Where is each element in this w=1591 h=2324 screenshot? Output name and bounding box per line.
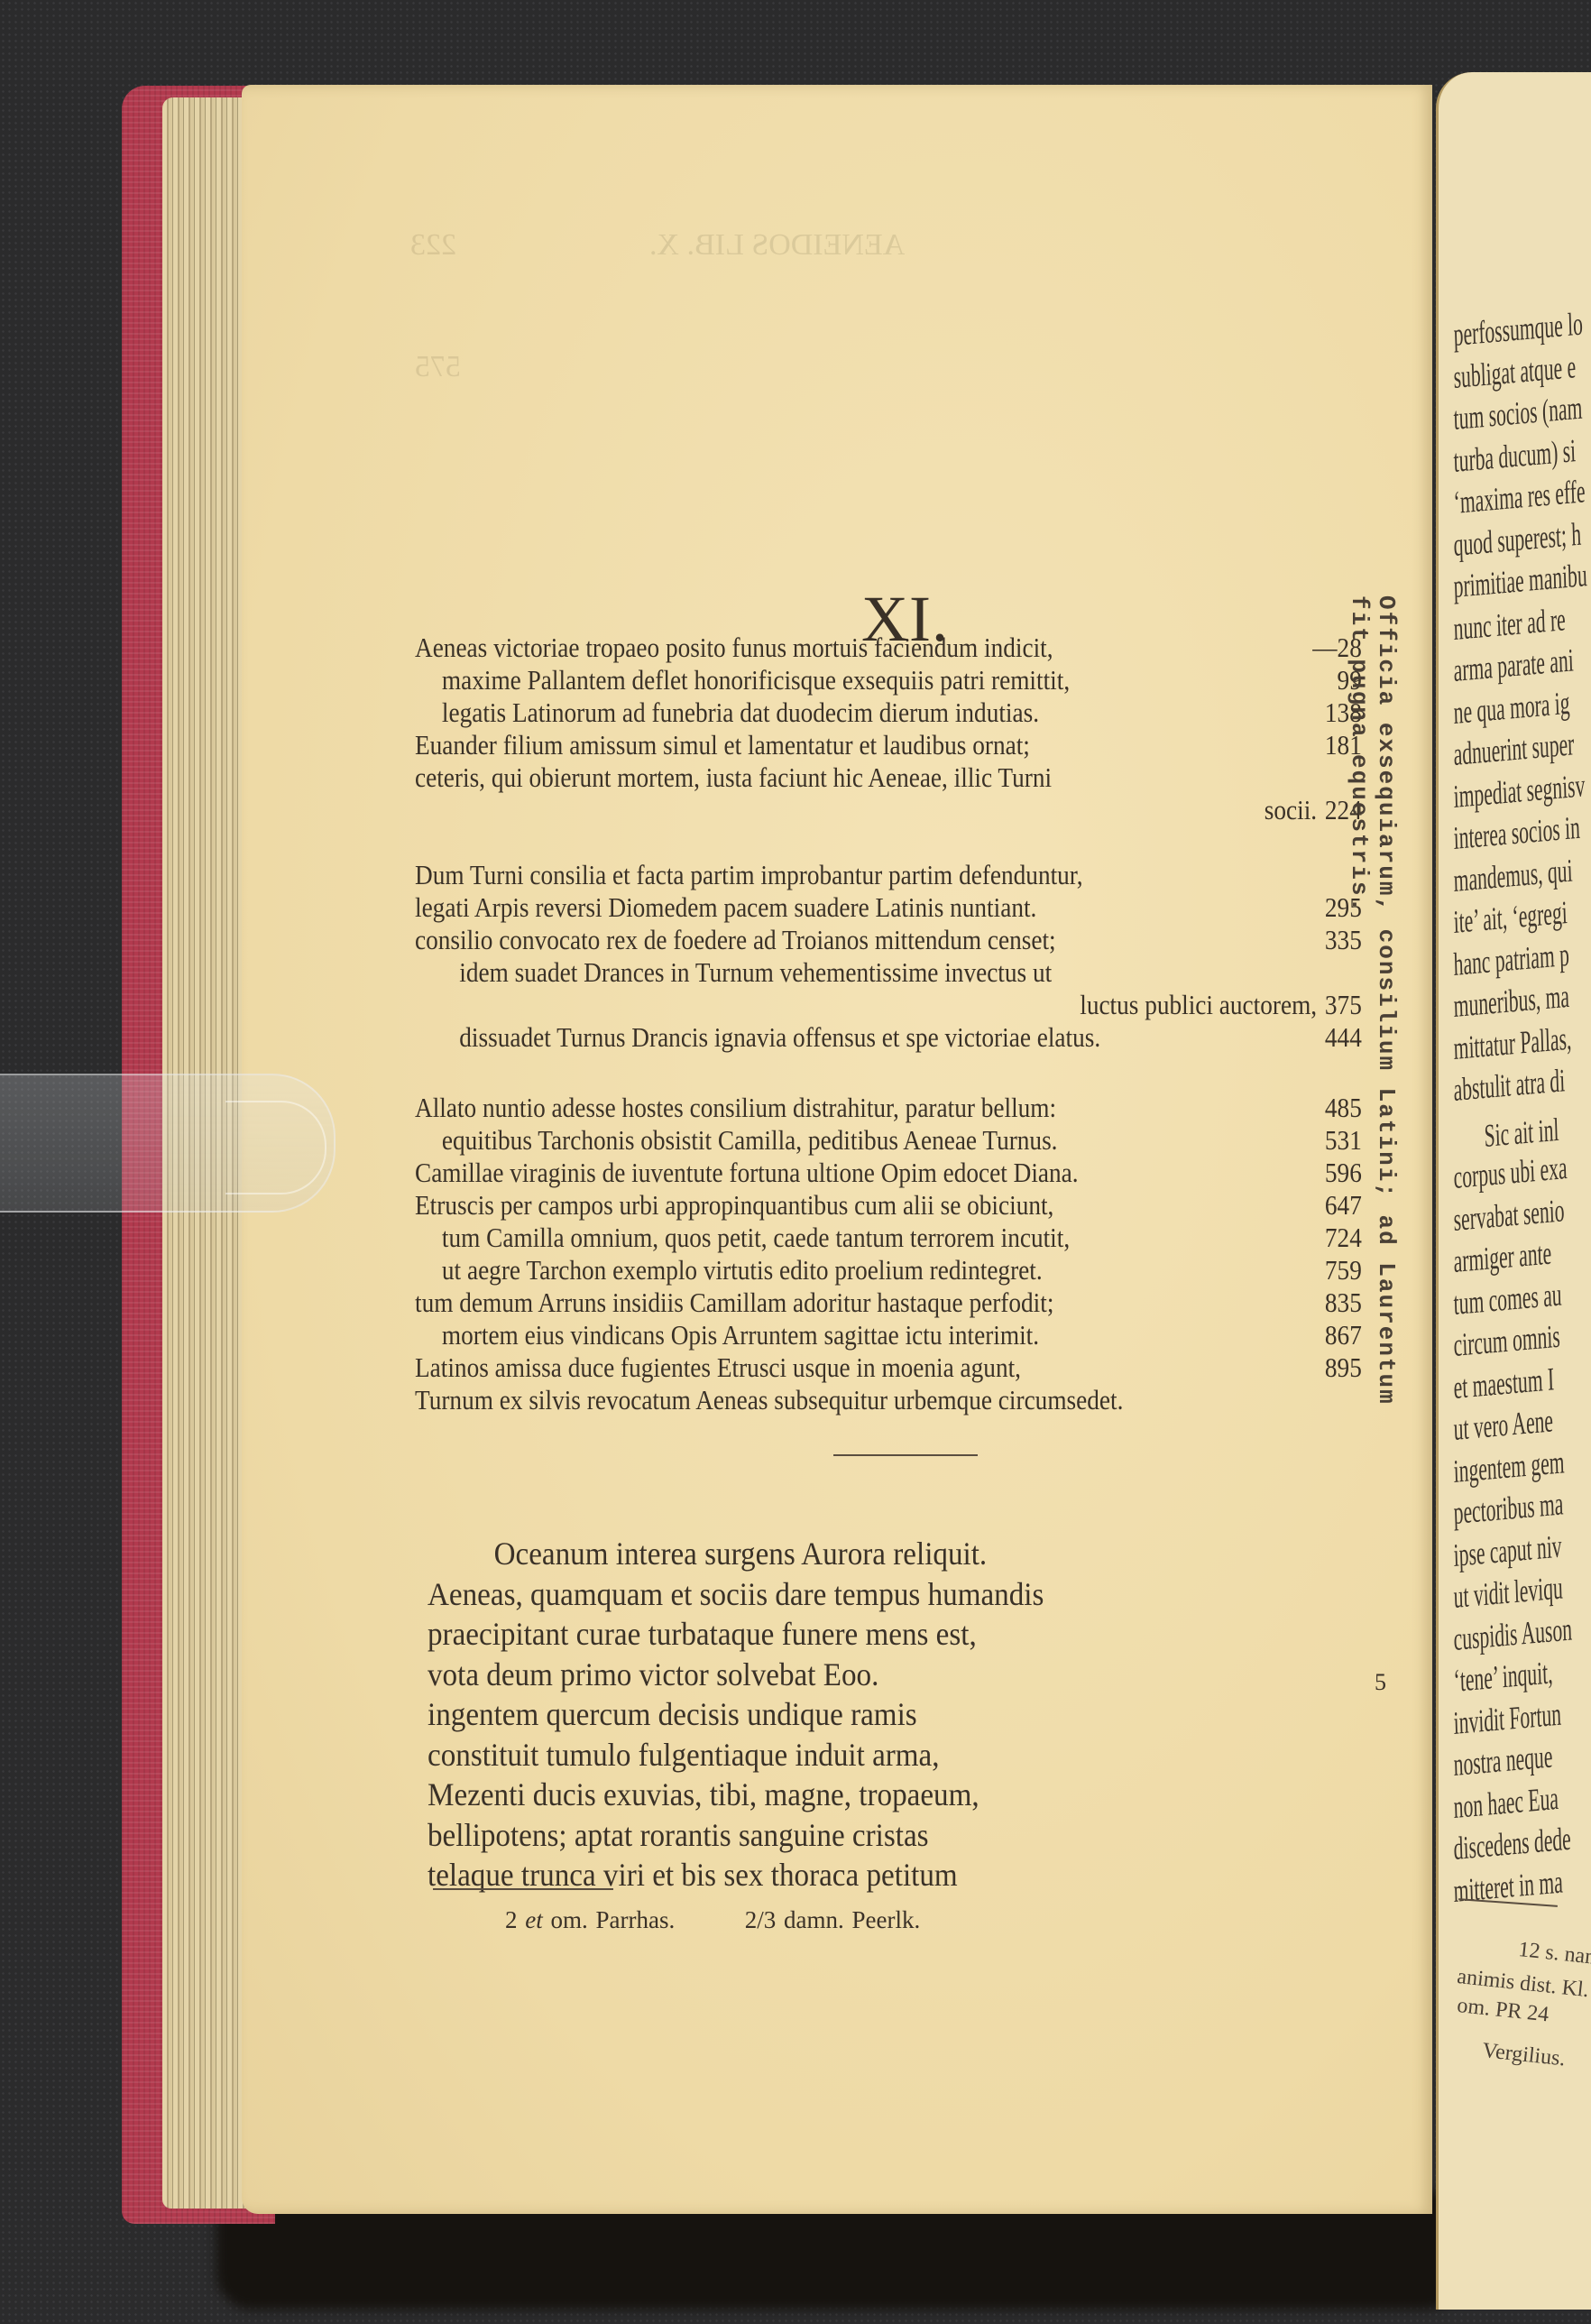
right-page-line: muneribus, ma bbox=[1453, 977, 1570, 1025]
right-page-line: hanc patriam p bbox=[1453, 935, 1569, 982]
right-page-line: interea socios in bbox=[1453, 808, 1580, 857]
argument-line-text: equitibus Tarchonis obsistit Camilla, pe… bbox=[415, 1124, 1325, 1157]
right-page-partial: perfossumque losubligat atque etum socio… bbox=[1436, 72, 1591, 2310]
argument-line-text: Etruscis per campos urbi appropinquantib… bbox=[415, 1189, 1325, 1222]
argument-line-text: legati Arpis reversi Diomedem pacem suad… bbox=[415, 891, 1325, 924]
poem-line: praecipitant curae turbataque funere men… bbox=[428, 1614, 1340, 1655]
right-page-line: tum comes au bbox=[1453, 1275, 1562, 1322]
argument-line-number: 335 bbox=[1325, 924, 1362, 956]
poem-line: Aeneas, quamquam et sociis dare tempus h… bbox=[428, 1574, 1340, 1615]
right-page-line: invidit Fortun bbox=[1453, 1694, 1562, 1741]
right-page-line: quod superest; h bbox=[1453, 514, 1582, 563]
right-page-line: armiger ante bbox=[1453, 1234, 1552, 1280]
right-page-line: non haec Eua bbox=[1453, 1778, 1559, 1825]
argument-line-text: tum Camilla omnium, quos petit, caede ta… bbox=[415, 1222, 1325, 1254]
right-page-line: adnuerint super bbox=[1453, 724, 1575, 773]
argument-line-text: legatis Latinorum ad funebria dat duodec… bbox=[415, 696, 1325, 729]
argument-paragraph-3: Allato nuntio adesse hostes consilium di… bbox=[415, 1092, 1248, 1416]
argument-line-number: 647 bbox=[1325, 1189, 1362, 1222]
argument-line: Euander filium amissum simul et lamentat… bbox=[415, 729, 1362, 761]
right-page-line: pectoribus ma bbox=[1453, 1484, 1564, 1532]
argument-line-number: 531 bbox=[1325, 1124, 1362, 1157]
right-page-line: primitiae manibu bbox=[1453, 556, 1587, 605]
argument-line-text: ut aegre Tarchon exemplo virtutis edito … bbox=[415, 1254, 1325, 1286]
right-page-line: corpus ubi exa bbox=[1453, 1148, 1568, 1196]
right-page-line: perfossumque lo bbox=[1453, 304, 1584, 353]
argument-line-text: maxime Pallantem deflet honorificisque e… bbox=[415, 664, 1338, 696]
right-page-line: ut vidit leviqu bbox=[1453, 1568, 1563, 1616]
right-page-line: arma parate ani bbox=[1453, 641, 1574, 689]
footnotes: 2 et om. Parrhas. 2/3 damn. Peerlk. bbox=[505, 1906, 920, 1934]
right-page-line: ‘maxima res effe bbox=[1453, 472, 1586, 521]
argument-line-number: 724 bbox=[1325, 1222, 1362, 1254]
right-page-line: ite’ ait, ‘egregi bbox=[1453, 893, 1568, 941]
argument-line: Turnum ex silvis revocatum Aeneas subseq… bbox=[415, 1384, 1362, 1416]
argument-line: maxime Pallantem deflet honorificisque e… bbox=[415, 664, 1362, 696]
argument-line: luctus publici auctorem,375 bbox=[415, 989, 1362, 1021]
right-page-line: cuspidis Auson bbox=[1453, 1609, 1573, 1657]
argument-line: consilio convocato rex de foedere ad Tro… bbox=[415, 924, 1362, 956]
argument-line-number: 895 bbox=[1325, 1351, 1362, 1384]
argument-line: ut aegre Tarchon exemplo virtutis edito … bbox=[415, 1254, 1362, 1286]
right-page-line: nunc iter ad re bbox=[1453, 600, 1566, 648]
argument-line: tum Camilla omnium, quos petit, caede ta… bbox=[415, 1222, 1362, 1254]
argument-line-text: Latinos amissa duce fugientes Etrusci us… bbox=[415, 1351, 1325, 1384]
right-page-line: servabat senio bbox=[1453, 1191, 1565, 1239]
bleed-through-page-number: 223 bbox=[410, 226, 456, 265]
poem-line: constituit tumulo fulgentiaque induit ar… bbox=[428, 1735, 1340, 1775]
right-page-line: discedens dede bbox=[1453, 1820, 1571, 1867]
right-page-line: circum omnis bbox=[1453, 1317, 1560, 1364]
argument-paragraph-1: Aeneas victoriae tropaeo posito funus mo… bbox=[415, 632, 1248, 826]
argument-line: dissuadet Turnus Drancis ignavia offensu… bbox=[415, 1021, 1362, 1054]
argument-line-text: idem suadet Drances in Turnum vehementis… bbox=[415, 956, 1362, 989]
right-page-line: mandemus, qui bbox=[1453, 851, 1573, 899]
argument-line-number: 375 bbox=[1325, 989, 1362, 1021]
argument-line-text: Allato nuntio adesse hostes consilium di… bbox=[415, 1092, 1325, 1124]
argument-line-number: 596 bbox=[1325, 1157, 1362, 1189]
argument-line-number: 835 bbox=[1325, 1286, 1362, 1319]
right-page-line: subligat atque e bbox=[1453, 347, 1577, 396]
right-page-line: Sic ait inl bbox=[1484, 1110, 1559, 1154]
page-clip-tab bbox=[225, 1101, 326, 1194]
bleed-through-line-number: 575 bbox=[415, 347, 461, 387]
argument-line: equitibus Tarchonis obsistit Camilla, pe… bbox=[415, 1124, 1362, 1157]
right-page-footnote: Vergilius. bbox=[1481, 2039, 1567, 2071]
argument-line-text: Aeneas victoriae tropaeo posito funus mo… bbox=[415, 632, 1312, 664]
right-page-line: turba ducum) si bbox=[1453, 431, 1577, 480]
argument-line-number: 867 bbox=[1325, 1319, 1362, 1351]
right-page-line: et maestum I bbox=[1453, 1360, 1555, 1406]
argument-line: tum demum Arruns insidiis Camillam adori… bbox=[415, 1286, 1362, 1319]
argument-line: socii.224 bbox=[415, 794, 1362, 826]
marginal-summary-vertical: Officia exsequiarum, consilium Latini; a… bbox=[1364, 595, 1400, 1462]
argument-line-text: Turnum ex silvis revocatum Aeneas subseq… bbox=[415, 1384, 1362, 1416]
poem-line: Oceanum interea surgens Aurora reliquit. bbox=[428, 1534, 1340, 1574]
right-page-line: ne qua mora ig bbox=[1453, 683, 1570, 731]
poem-text: Oceanum interea surgens Aurora reliquit.… bbox=[428, 1534, 1340, 1895]
argument-line-text: Euander filium amissum simul et lamentat… bbox=[415, 729, 1325, 761]
argument-line: Dum Turni consilia et facta partim impro… bbox=[415, 859, 1362, 891]
footnote-1-word: et bbox=[525, 1906, 543, 1933]
right-page-line: impediat segnisv bbox=[1453, 766, 1586, 816]
argument-line: Allato nuntio adesse hostes consilium di… bbox=[415, 1092, 1362, 1124]
argument-line-text: dissuadet Turnus Drancis ignavia offensu… bbox=[415, 1021, 1325, 1054]
poem-line: vota deum primo victor solvebat Eoo. bbox=[428, 1655, 1340, 1695]
poem-line: bellipotens; aptat rorantis sanguine cri… bbox=[428, 1815, 1340, 1856]
section-divider bbox=[833, 1454, 978, 1456]
argument-line: legati Arpis reversi Diomedem pacem suad… bbox=[415, 891, 1362, 924]
right-page-line: ‘tene’ inquit, bbox=[1453, 1653, 1553, 1700]
right-page-line: ipse caput niv bbox=[1453, 1526, 1562, 1573]
footnote-2-text: 2/3 damn. Peerlk. bbox=[745, 1906, 920, 1933]
argument-line-number: 485 bbox=[1325, 1092, 1362, 1124]
bleed-through-header: AENEIDOS LIB. X. bbox=[649, 226, 905, 265]
argument-line: mortem eius vindicans Opis Arruntem sagi… bbox=[415, 1319, 1362, 1351]
argument-line: Camillae viraginis de iuventute fortuna … bbox=[415, 1157, 1362, 1189]
right-page-line: abstulit atra di bbox=[1453, 1061, 1566, 1109]
line-number-marker: 5 bbox=[1375, 1669, 1386, 1696]
right-page-footnote: 12 s. nam bbox=[1517, 1938, 1591, 1971]
right-page-line: mittatur Pallas, bbox=[1453, 1019, 1572, 1066]
footnote-1-number: 2 bbox=[505, 1906, 518, 1933]
argument-line-text: socii. bbox=[1265, 794, 1317, 826]
argument-line: legatis Latinorum ad funebria dat duodec… bbox=[415, 696, 1362, 729]
argument-line-text: mortem eius vindicans Opis Arruntem sagi… bbox=[415, 1319, 1325, 1351]
argument-line-text: Camillae viraginis de iuventute fortuna … bbox=[415, 1157, 1325, 1189]
right-page-line: tum socios (nam bbox=[1453, 389, 1583, 438]
argument-line-text: ceteris, qui obierunt mortem, iusta faci… bbox=[415, 761, 1362, 794]
argument-line-text: Dum Turni consilia et facta partim impro… bbox=[415, 859, 1362, 891]
argument-line-number: 759 bbox=[1325, 1254, 1362, 1286]
argument-paragraph-2: Dum Turni consilia et facta partim impro… bbox=[415, 859, 1248, 1054]
argument-line: Latinos amissa duce fugientes Etrusci us… bbox=[415, 1351, 1362, 1384]
argument-line: Etruscis per campos urbi appropinquantib… bbox=[415, 1189, 1362, 1222]
argument-line-text: consilio convocato rex de foedere ad Tro… bbox=[415, 924, 1325, 956]
poem-line: Mezenti ducis exuvias, tibi, magne, trop… bbox=[428, 1775, 1340, 1815]
argument-line: ceteris, qui obierunt mortem, iusta faci… bbox=[415, 761, 1362, 794]
right-page-footnote: om. PR 24 bbox=[1456, 1994, 1550, 2028]
right-page-line: ut vero Aene bbox=[1453, 1401, 1554, 1448]
argument-line: idem suadet Drances in Turnum vehementis… bbox=[415, 956, 1362, 989]
argument-line-text: luctus publici auctorem, bbox=[1080, 989, 1317, 1021]
right-page-line: nostra neque bbox=[1453, 1737, 1553, 1784]
argument-line-text: tum demum Arruns insidiis Camillam adori… bbox=[415, 1286, 1325, 1319]
footnote-rule bbox=[433, 1888, 613, 1890]
footnote-1-text: om. Parrhas. bbox=[551, 1906, 676, 1933]
poem-line: ingentem quercum decisis undique ramis bbox=[428, 1694, 1340, 1735]
right-page-line: ingentem gem bbox=[1453, 1443, 1565, 1490]
argument-line: Aeneas victoriae tropaeo posito funus mo… bbox=[415, 632, 1362, 664]
argument-line-number: 444 bbox=[1325, 1021, 1362, 1054]
